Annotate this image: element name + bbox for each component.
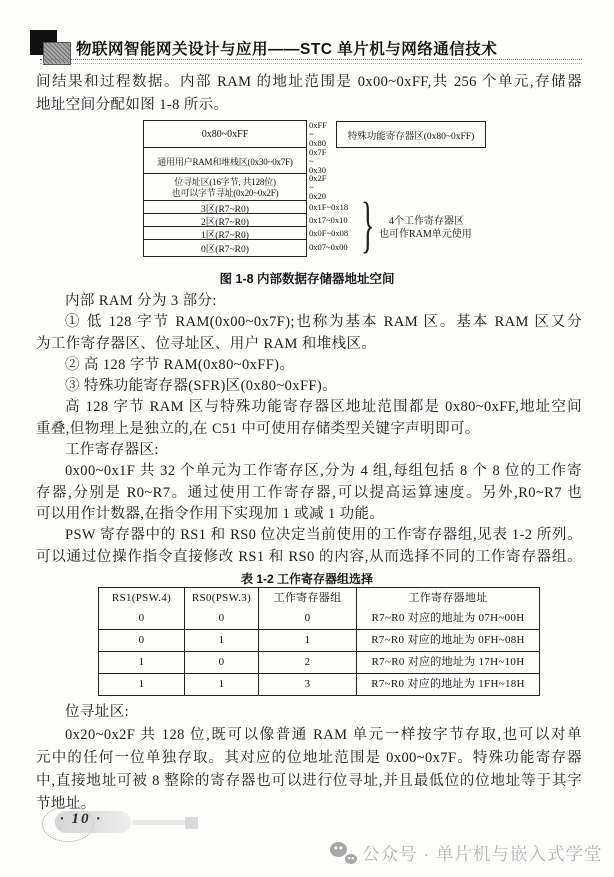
text-line: 地址空间分配如图 1-8 所示。	[36, 94, 582, 117]
page-number: · 10 ·	[60, 811, 102, 828]
cell-address: R7~R0 对应的地址为 07H~00H	[356, 608, 539, 629]
memory-region-bank0: 0区(R7~R0)	[143, 239, 307, 257]
cell-bank: 3	[258, 674, 356, 695]
table-header-cell: RS1(PSW.4)	[99, 588, 184, 608]
address-range-bank0: 0x07~0x00	[309, 239, 348, 255]
address-range-user: 0x7F ~ 0x30	[309, 148, 326, 175]
table-header-cell: 工作寄存器组	[258, 588, 356, 608]
table-row: 0 1 1 R7~R0 对应的地址为 0FH~08H	[99, 629, 539, 651]
text-line: PSW 寄存器中的 RS1 和 RS0 位决定当前使用的工作寄存器组,见表 1-…	[36, 525, 582, 546]
text-line: 间结果和过程数据。内部 RAM 的地址范围是 0x00~0xFF,共 256 个…	[36, 71, 582, 94]
scan-smudge	[185, 817, 198, 829]
text-line: 重叠,但物理上是独立的,在 C51 中可使用存储类型关键字声明即可。	[36, 419, 582, 440]
cell-address: R7~R0 对应的地址为 1FH~18H	[356, 674, 539, 695]
address-range-bank3: 0x1F~0x18	[309, 200, 348, 214]
bit-addressing-paragraph: 位寻址区:0x20~0x2F 共 128 位,既可以像普通 RAM 单元一样按字…	[36, 701, 582, 816]
sfr-region-box: 特殊功能寄存器区(0x80~0xFF)	[336, 121, 486, 148]
bit-area-line1: 位寻址区(16字节, 共128位)	[174, 177, 276, 188]
table-row: 1 1 3 R7~R0 对应的地址为 1FH~18H	[99, 673, 539, 695]
wechat-watermark-text: 公众号 · 单片机与嵌入式学堂	[362, 841, 603, 866]
table-body: 0 0 0 R7~R0 对应的地址为 07H~00H 0 1 1 R7~R0 对…	[99, 608, 539, 695]
register-bank-table: RS1(PSW.4)RS0(PSW.3)工作寄存器组工作寄存器地址 0 0 0 …	[98, 587, 540, 696]
text-line: 内部 RAM 分为 3 部分:	[36, 291, 582, 312]
text-line: 元中的任何一位单独存取。其对应的位地址范围是 0x00~0x7F。特殊功能寄存器	[36, 747, 582, 770]
figure-caption: 图 1-8 内部数据存储器地址空间	[0, 269, 614, 287]
table-row: 1 0 2 R7~R0 对应的地址为 17H~10H	[99, 651, 539, 673]
intro-paragraph: 间结果和过程数据。内部 RAM 的地址范围是 0x00~0xFF,共 256 个…	[36, 71, 582, 117]
address-range-bank2: 0x17~0x10	[309, 213, 348, 227]
table-header-row: RS1(PSW.4)RS0(PSW.3)工作寄存器组工作寄存器地址	[99, 588, 539, 608]
wechat-icon	[330, 842, 357, 864]
wechat-bubble-large	[330, 842, 347, 857]
cell-bank: 2	[258, 652, 356, 673]
scan-smudge	[132, 820, 190, 825]
address-range-high: 0xFF ~ 0x80	[309, 121, 327, 148]
text-line: 存器,分别是 R0~R7。通过使用工作寄存器,可以提高运算速度。另外,R0~R7…	[36, 483, 582, 504]
wechat-bubble-small	[345, 854, 357, 864]
cell-rs1: 1	[99, 652, 184, 673]
text-line: 0x00~0x1F 共 32 个单元为工作寄存区,分为 4 组,每组包括 8 个…	[36, 461, 582, 482]
cell-rs0: 1	[184, 674, 258, 695]
table-caption: 表 1-2 工作寄存器组选择	[0, 570, 614, 587]
cell-rs0: 1	[184, 630, 258, 651]
memory-region-high-ram: 0x80~0xFF	[143, 120, 307, 149]
figure-1-8-memory-map: 0x80~0xFF 通用用户RAM和堆栈区(0x30~0x7F) 位寻址区(16…	[0, 120, 614, 268]
book-page: 物联网智能网关设计与应用——STC 单片机与网络通信技术 间结果和过程数据。内部…	[0, 0, 614, 877]
cell-address: R7~R0 对应的地址为 17H~10H	[356, 652, 539, 673]
address-range-bank1: 0x0F~0x08	[309, 226, 348, 240]
memory-region-bit-addressable: 位寻址区(16字节, 共128位) 也可以字节寻址(0x20~0x2F)	[143, 173, 307, 202]
bit-area-line2: 也可以字节寻址(0x20~0x2F)	[172, 188, 279, 199]
text-line: 为工作寄存器区、位寻址区、用户 RAM 和堆栈区。	[36, 334, 582, 355]
body-paragraphs: 内部 RAM 分为 3 部分:① 低 128 字节 RAM(0x00~0x7F)…	[36, 291, 582, 568]
text-line: 位寻址区:	[36, 701, 582, 724]
cell-rs0: 0	[184, 652, 258, 673]
table-row: 0 0 0 R7~R0 对应的地址为 07H~00H	[99, 608, 539, 629]
book-title-header: 物联网智能网关设计与应用——STC 单片机与网络通信技术	[76, 37, 497, 59]
right-brace-icon: }	[361, 200, 374, 250]
register-bank-note: 4个工作寄存器区 也可作RAM单元使用	[379, 215, 472, 241]
cell-rs1: 1	[99, 674, 184, 695]
text-line: ① 低 128 字节 RAM(0x00~0x7F);也称为基本 RAM 区。基本…	[36, 312, 582, 333]
cell-rs1: 0	[99, 608, 184, 629]
text-line: 高 128 字节 RAM 区与特殊功能寄存器区地址范围都是 0x80~0xFF,…	[36, 397, 582, 418]
cell-bank: 0	[258, 608, 356, 629]
address-range-bit: 0x2F ~ 0x20	[309, 174, 326, 201]
memory-region-user-ram-stack: 通用用户RAM和堆栈区(0x30~0x7F)	[143, 147, 307, 175]
text-line: 可以用作计数器,在指令作用下实现加 1 或减 1 功能。	[36, 504, 582, 525]
header-divider	[40, 59, 582, 64]
table-header-cell: RS0(PSW.3)	[184, 588, 258, 608]
text-line: 工作寄存器区:	[36, 440, 582, 461]
cell-rs0: 0	[184, 608, 258, 629]
text-line: 中,直接地址可被 8 整除的寄存器也可以进行位寻址,并且最低位的位地址等于其字	[36, 770, 582, 793]
table-header-cell: 工作寄存器地址	[356, 588, 539, 608]
text-line: 可以通过位操作指令直接修改 RS1 和 RS0 的内容,从而选择不同的工作寄存器…	[36, 547, 582, 568]
text-line: ③ 特殊功能寄存器(SFR)区(0x80~0xFF)。	[36, 376, 582, 397]
cell-rs1: 0	[99, 630, 184, 651]
cell-address: R7~R0 对应的地址为 0FH~08H	[356, 630, 539, 651]
cell-bank: 1	[258, 630, 356, 651]
text-line: 0x20~0x2F 共 128 位,既可以像普通 RAM 单元一样按字节存取,也…	[36, 724, 582, 747]
text-line: ② 高 128 字节 RAM(0x80~0xFF)。	[36, 355, 582, 376]
